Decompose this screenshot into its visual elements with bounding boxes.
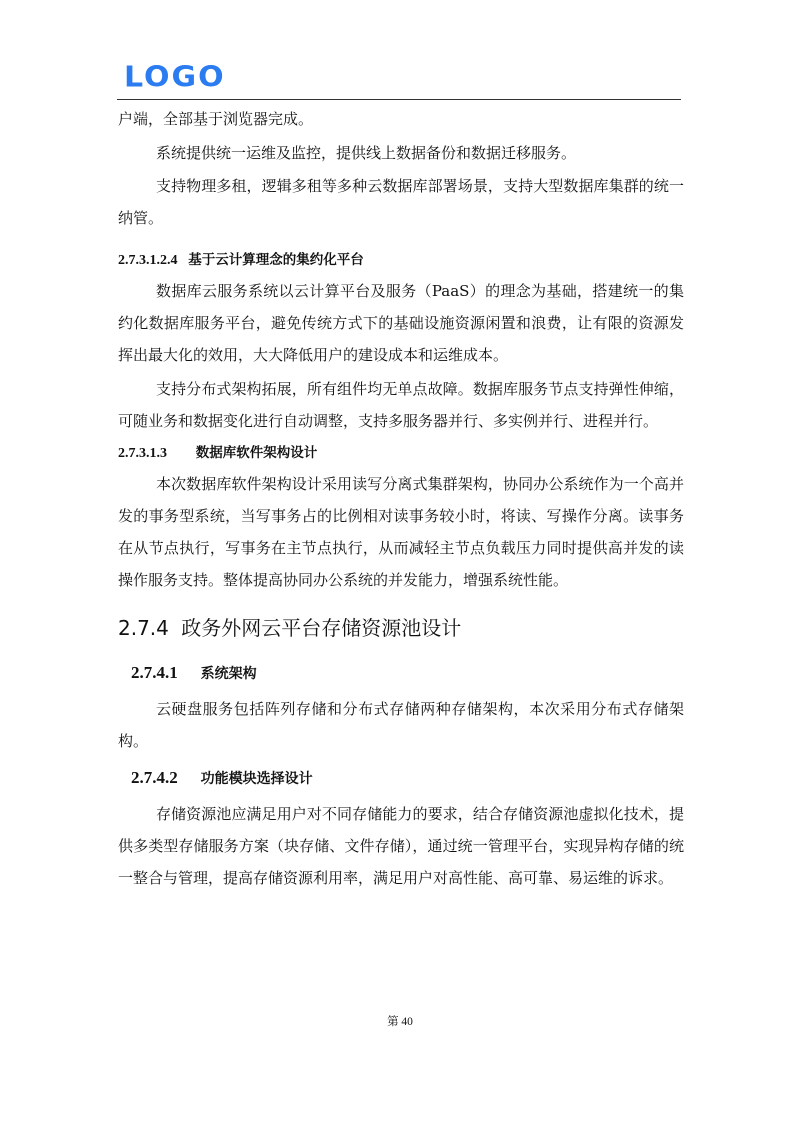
paragraph: 户端，全部基于浏览器完成。 (118, 103, 684, 135)
paragraph: 数据库云服务系统以云计算平台及服务（PaaS）的理念为基础，搭建统一的集约化数据… (118, 275, 684, 371)
section-heading-2-7-4-1: 2.7.4.1 系统架构 (118, 662, 684, 685)
paragraph: 本次数据库软件架构设计采用读写分离式集群架构，协同办公系统作为一个高并发的事务型… (118, 468, 684, 596)
section-title: 政务外网云平台存储资源池设计 (181, 616, 461, 640)
paragraph: 系统提供统一运维及监控，提供线上数据备份和数据迁移服务。 (118, 137, 684, 169)
section-title: 功能模块选择设计 (201, 771, 313, 787)
section-number: 2.7.3.1.2.4 (118, 253, 178, 268)
section-number: 2.7.3.1.3 (118, 446, 167, 461)
section-heading-2-7-4: 2.7.4 政务外网云平台存储资源池设计 (118, 614, 684, 642)
section-title: 数据库软件架构设计 (196, 445, 318, 461)
header-divider (117, 99, 681, 100)
page-number: 第 40 (0, 1013, 800, 1029)
section-number: 2.7.4.1 (131, 663, 178, 682)
paragraph: 支持分布式架构拓展，所有组件均无单点故障。数据库服务节点支持弹性伸缩，可随业务和… (118, 373, 684, 437)
paragraph: 支持物理多租，逻辑多租等多种云数据库部署场景，支持大型数据库集群的统一纳管。 (118, 170, 684, 234)
section-title: 系统架构 (201, 666, 257, 682)
section-heading-2-7-3-1-2-4: 2.7.3.1.2.4 基于云计算理念的集约化平台 (118, 250, 684, 271)
section-heading-2-7-3-1-3: 2.7.3.1.3 数据库软件架构设计 (118, 443, 684, 464)
paragraph: 云硬盘服务包括阵列存储和分布式存储两种存储架构，本次采用分布式存储架构。 (118, 693, 684, 757)
section-heading-2-7-4-2: 2.7.4.2 功能模块选择设计 (118, 767, 684, 790)
section-title: 基于云计算理念的集约化平台 (188, 252, 364, 268)
section-number: 2.7.4.2 (131, 768, 178, 787)
section-number: 2.7.4 (118, 616, 169, 640)
paragraph: 存储资源池应满足用户对不同存储能力的要求，结合存储资源池虚拟化技术，提供多类型存… (118, 798, 684, 894)
logo: LOGO (124, 64, 226, 93)
page-content: 户端，全部基于浏览器完成。 系统提供统一运维及监控，提供线上数据备份和数据迁移服… (118, 101, 684, 894)
